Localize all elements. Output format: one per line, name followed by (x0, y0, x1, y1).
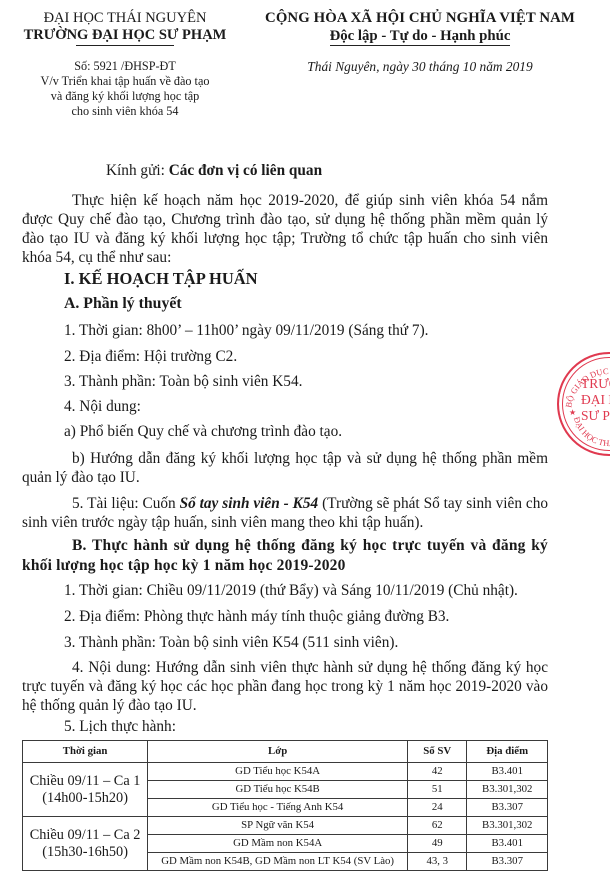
salutation-label: Kính gửi: (106, 162, 169, 179)
session-label: Chiều 09/11 – Ca 2 (26, 827, 144, 844)
theory-content-heading: 4. Nội dung: (64, 397, 141, 416)
students-cell: 49 (408, 835, 467, 853)
practice-schedule-table: Thời gian Lớp Số SV Địa điểm Chiều 09/11… (22, 740, 548, 871)
class-cell: SP Ngữ văn K54 (148, 817, 408, 835)
location-cell: B3.307 (467, 853, 548, 871)
seal-center-text: TRƯỜNG ĐẠI HỌC SƯ PHẠM (581, 376, 610, 424)
seal-line: TRƯỜNG (581, 376, 610, 392)
table-row: Chiều 09/11 – Ca 1 (14h00-15h20) GD Tiểu… (23, 763, 548, 781)
theory-location: 2. Địa điểm: Hội trường C2. (64, 347, 237, 366)
official-stamp-clip: BỘ GIÁO DỤC ĐẠI HỌC THÁI ★ TRƯỜNG ĐẠI HỌ… (540, 340, 610, 470)
subject-line: và đăng ký khối lượng học tập (22, 89, 228, 104)
class-cell: GD Tiểu học K54A (148, 763, 408, 781)
practice-location: 2. Địa điểm: Phòng thực hành máy tính th… (64, 607, 449, 626)
issuer-block: ĐẠI HỌC THÁI NGUYÊN TRƯỜNG ĐẠI HỌC SƯ PH… (22, 10, 228, 119)
column-header-students: Số SV (408, 741, 467, 763)
theory-participants: 3. Thành phần: Toàn bộ sinh viên K54. (64, 372, 302, 391)
table-header-row: Thời gian Lớp Số SV Địa điểm (23, 741, 548, 763)
header-underline (76, 45, 174, 46)
organization-name: TRƯỜNG ĐẠI HỌC SƯ PHẠM (22, 27, 228, 44)
session-hours: (15h30-16h50) (26, 844, 144, 861)
session-hours: (14h00-15h20) (26, 790, 144, 807)
theory-time: 1. Thời gian: 8h00’ – 11h00’ ngày 09/11/… (64, 321, 429, 340)
handbook-title: Sổ tay sinh viên - K54 (180, 495, 319, 512)
students-cell: 43, 3 (408, 853, 467, 871)
seal-line: ĐẠI HỌC (581, 392, 610, 408)
column-header-class: Lớp (148, 741, 408, 763)
column-header-time: Thời gian (23, 741, 148, 763)
location-cell: B3.401 (467, 835, 548, 853)
national-header: CỘNG HÒA XÃ HỘI CHỦ NGHĨA VIỆT NAM Độc l… (243, 10, 597, 75)
location-cell: B3.401 (467, 763, 548, 781)
location-cell: B3.301,302 (467, 781, 548, 799)
subject-line: cho sinh viên khóa 54 (22, 104, 228, 119)
subsection-heading: A. Phần lý thuyết (64, 294, 182, 314)
students-cell: 62 (408, 817, 467, 835)
seal-line: SƯ PHẠM (581, 408, 610, 424)
intro-paragraph: Thực hiện kế hoạch năm học 2019-2020, để… (22, 191, 548, 267)
class-cell: GD Tiểu học - Tiếng Anh K54 (148, 799, 408, 817)
document-number: Số: 5921 /ĐHSP-ĐT (22, 59, 228, 74)
class-cell: GD Mầm non K54A (148, 835, 408, 853)
table-row: Chiều 09/11 – Ca 2 (15h30-16h50) SP Ngữ … (23, 817, 548, 835)
materials-prefix: 5. Tài liệu: Cuốn (72, 495, 180, 512)
salutation-recipient: Các đơn vị có liên quan (169, 162, 322, 179)
location-cell: B3.307 (467, 799, 548, 817)
subsection-heading: B. Thực hành sử dụng hệ thống đăng ký họ… (22, 536, 548, 576)
place-date: Thái Nguyên, ngày 30 tháng 10 năm 2019 (243, 59, 597, 75)
students-cell: 42 (408, 763, 467, 781)
students-cell: 51 (408, 781, 467, 799)
class-cell: GD Mầm non K54B, GD Mầm non LT K54 (SV L… (148, 853, 408, 871)
students-cell: 24 (408, 799, 467, 817)
session-time-cell: Chiều 09/11 – Ca 2 (15h30-16h50) (23, 817, 148, 871)
class-cell: GD Tiểu học K54B (148, 781, 408, 799)
document-reference: Số: 5921 /ĐHSP-ĐT V/v Triển khai tập huấ… (22, 59, 228, 119)
practice-content: 4. Nội dung: Hướng dẫn sinh viên thực hà… (22, 658, 548, 715)
official-seal-stamp: BỘ GIÁO DỤC ĐẠI HỌC THÁI ★ TRƯỜNG ĐẠI HỌ… (557, 352, 610, 456)
salutation: Kính gửi: Các đơn vị có liên quan (106, 161, 322, 180)
country-name: CỘNG HÒA XÃ HỘI CHỦ NGHĨA VIỆT NAM (243, 10, 597, 27)
section-heading: I. KẾ HOẠCH TẬP HUẤN (64, 269, 258, 289)
subject-line: V/v Triển khai tập huấn về đào tạo (22, 74, 228, 89)
national-motto: Độc lập - Tự do - Hạnh phúc (330, 28, 511, 46)
column-header-location: Địa điểm (467, 741, 548, 763)
practice-participants: 3. Thành phần: Toàn bộ sinh viên K54 (51… (64, 633, 398, 652)
star-icon: ★ (569, 408, 576, 417)
theory-content-a: a) Phổ biến Quy chế và chương trình đào … (64, 422, 342, 441)
theory-materials: 5. Tài liệu: Cuốn Sổ tay sinh viên - K54… (22, 494, 548, 532)
session-label: Chiều 09/11 – Ca 1 (26, 773, 144, 790)
theory-content-b: b) Hướng dẫn đăng ký khối lượng học tập … (22, 449, 548, 487)
location-cell: B3.301,302 (467, 817, 548, 835)
parent-organization: ĐẠI HỌC THÁI NGUYÊN (22, 10, 228, 27)
practice-schedule-heading: 5. Lịch thực hành: (64, 717, 176, 736)
session-time-cell: Chiều 09/11 – Ca 1 (14h00-15h20) (23, 763, 148, 817)
practice-time: 1. Thời gian: Chiều 09/11/2019 (thứ Bẩy)… (64, 581, 518, 600)
